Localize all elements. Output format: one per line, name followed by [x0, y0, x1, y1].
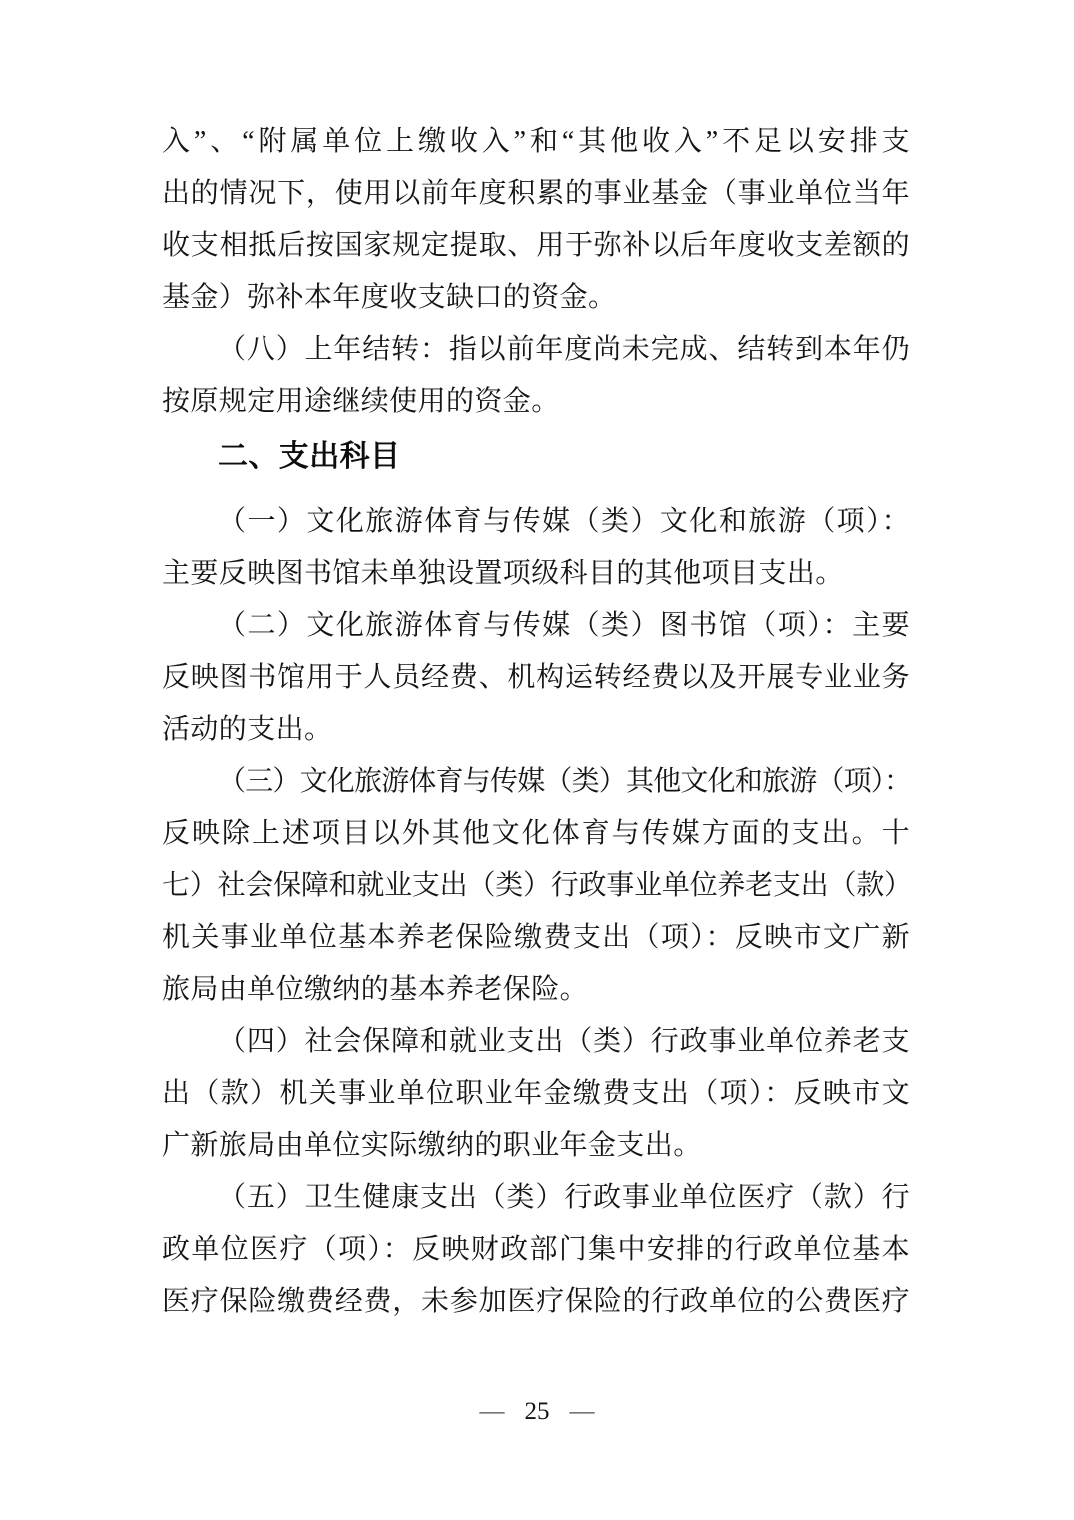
text-line: 政单位医疗（项）：反映财政部门集中安排的行政单位基本	[162, 1224, 910, 1276]
text-line: 旅局由单位缴纳的基本养老保险。	[162, 964, 910, 1016]
text-line: 反映除上述项目以外其他文化体育与传媒方面的支出。十	[162, 808, 910, 860]
text-line: 活动的支出。	[162, 704, 910, 756]
text-line: 广新旅局由单位实际缴纳的职业年金支出。	[162, 1120, 910, 1172]
text-line: 反映图书馆用于人员经费、机构运转经费以及开展专业业务	[162, 652, 910, 704]
footer-dash-left: —	[480, 1398, 505, 1425]
page-number: 25	[525, 1398, 550, 1425]
text-line: （五）卫生健康支出（类）行政事业单位医疗（款）行	[162, 1172, 910, 1224]
text-line: 按原规定用途继续使用的资金。	[162, 376, 910, 428]
text-line: （二）文化旅游体育与传媒（类）图书馆（项）：主要	[162, 600, 910, 652]
text-line: 出（款）机关事业单位职业年金缴费支出（项）：反映市文	[162, 1068, 910, 1120]
text-line: 出的情况下，使用以前年度积累的事业基金（事业单位当年	[162, 168, 910, 220]
page-footer: —25—	[0, 1392, 1074, 1432]
section-heading: 二、支出科目	[162, 431, 910, 483]
text-line: 收支相抵后按国家规定提取、用于弥补以后年度收支差额的	[162, 220, 910, 272]
document-page: 入”、“附属单位上缴收入”和“其他收入”不足以安排支出的情况下，使用以前年度积累…	[0, 0, 1074, 1520]
text-line: （一）文化旅游体育与传媒（类）文化和旅游（项）：	[162, 496, 910, 548]
text-line: 入”、“附属单位上缴收入”和“其他收入”不足以安排支	[162, 116, 910, 168]
text-line: 医疗保险缴费经费，未参加医疗保险的行政单位的公费医疗	[162, 1276, 910, 1328]
footer-dash-right: —	[570, 1398, 595, 1425]
document-body: 入”、“附属单位上缴收入”和“其他收入”不足以安排支出的情况下，使用以前年度积累…	[162, 116, 910, 1328]
text-line: 七）社会保障和就业支出（类）行政事业单位养老支出（款）	[162, 860, 910, 912]
text-line: 基金）弥补本年度收支缺口的资金。	[162, 272, 910, 324]
text-line: （八）上年结转：指以前年度尚未完成、结转到本年仍	[162, 324, 910, 376]
text-line: （三）文化旅游体育与传媒（类）其他文化和旅游（项）：	[162, 756, 910, 808]
text-line: 主要反映图书馆未单独设置项级科目的其他项目支出。	[162, 548, 910, 600]
text-line: （四）社会保障和就业支出（类）行政事业单位养老支	[162, 1016, 910, 1068]
text-line: 机关事业单位基本养老保险缴费支出（项）：反映市文广新	[162, 912, 910, 964]
